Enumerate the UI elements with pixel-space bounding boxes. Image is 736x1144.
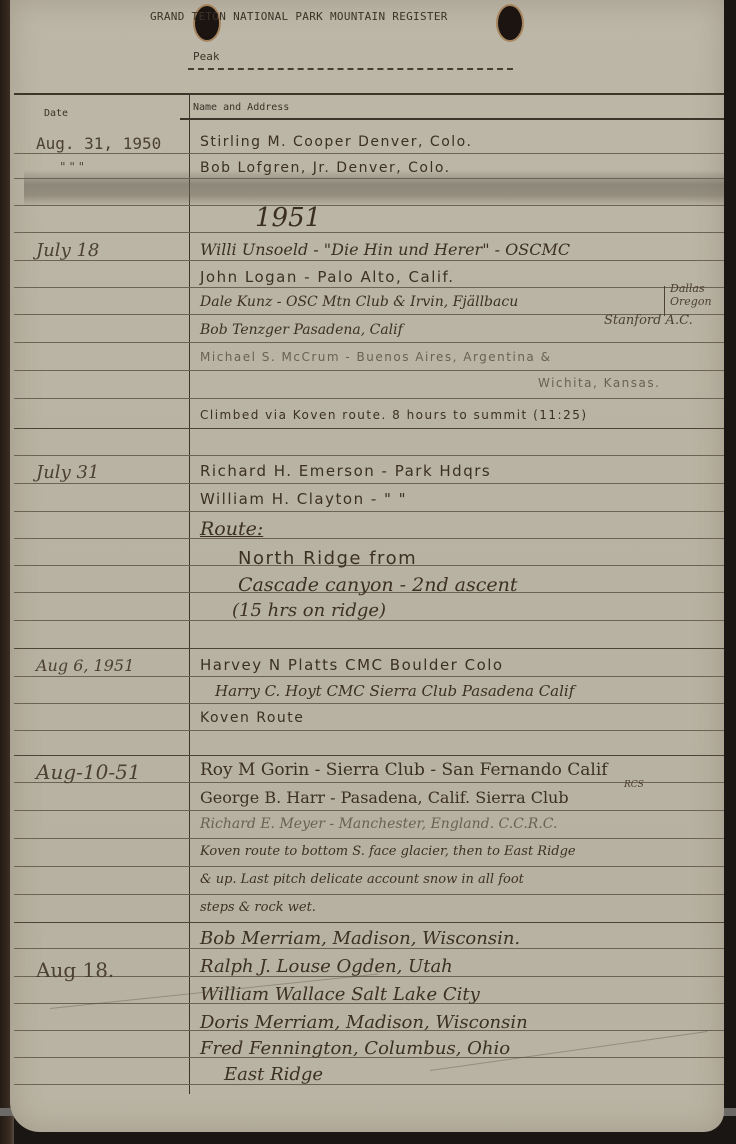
entry-line: East Ridge <box>224 1064 323 1085</box>
register-page: GRAND TETON NATIONAL PARK MOUNTAIN REGIS… <box>10 0 724 1132</box>
column-header-date: Date <box>44 108 68 119</box>
entry-line: Stirling M. Cooper Denver, Colo. <box>200 134 472 150</box>
superscript-note: RCS <box>624 779 644 791</box>
entry-line: Ralph J. Louse Ogden, Utah <box>200 956 453 977</box>
register-title: GRAND TETON NATIONAL PARK MOUNTAIN REGIS… <box>150 10 448 23</box>
ruled-line <box>14 838 724 839</box>
column-divider <box>189 94 190 1094</box>
entry-line: Fred Fennington, Columbus, Ohio <box>200 1038 510 1059</box>
table-top-rule <box>14 93 724 95</box>
entry-line: steps & rock wet. <box>200 900 316 915</box>
punch-hole-right <box>498 6 522 40</box>
ruled-line <box>14 894 724 895</box>
ruled-line <box>14 428 724 429</box>
ruled-line <box>14 730 724 731</box>
margin-bracket <box>664 286 665 316</box>
entry-date: July 31 <box>36 462 99 483</box>
entry-line: Cascade canyon - 2nd ascent <box>238 574 518 596</box>
entry-line: Richard E. Meyer - Manchester, England. … <box>200 816 557 832</box>
year-heading: 1951 <box>255 203 321 233</box>
ruled-line <box>14 703 724 704</box>
entry-line: Koven Route <box>200 710 304 726</box>
ruled-line <box>14 260 724 261</box>
entry-line: Koven route to bottom S. face glacier, t… <box>200 844 576 859</box>
ruled-line <box>14 232 724 233</box>
entry-line: Bob Tenzger Pasadena, Calif <box>200 322 403 338</box>
column-header-name: Name and Address <box>193 102 289 113</box>
ruled-line <box>14 922 724 923</box>
peak-label: Peak <box>193 50 220 63</box>
ruled-line <box>14 810 724 811</box>
entry-line: (15 hrs on ridge) <box>232 600 386 621</box>
ruled-line <box>14 511 724 512</box>
ruled-line <box>14 342 724 343</box>
ruled-line <box>14 483 724 484</box>
entry-date: Aug 18. <box>36 958 114 982</box>
entry-line: Wichita, Kansas. <box>538 376 660 390</box>
margin-note: Dallas <box>670 283 705 295</box>
entry-date: July 18 <box>36 240 99 261</box>
entry-line: Bob Merriam, Madison, Wisconsin. <box>200 928 520 949</box>
entry-line: & up. Last pitch delicate account snow i… <box>200 872 524 887</box>
entry-line: Michael S. McCrum - Buenos Aires, Argent… <box>200 350 551 364</box>
ruled-line <box>14 755 724 756</box>
entry-line: John Logan - Palo Alto, Calif. <box>200 268 454 286</box>
entry-line: Harvey N Platts CMC Boulder Colo <box>200 656 504 674</box>
entry-line: George B. Harr - Pasadena, Calif. Sierra… <box>200 788 569 807</box>
header-bottom-rule <box>180 118 724 120</box>
entry-line: Climbed via Koven route. 8 hours to summ… <box>200 408 588 422</box>
ruled-line <box>14 398 724 399</box>
ruled-line <box>14 538 724 539</box>
ruled-line <box>14 455 724 456</box>
entry-date-ditto: " " " <box>60 160 84 174</box>
entry-line: Bob Lofgren, Jr. Denver, Colo. <box>200 160 451 176</box>
ruled-line <box>14 676 724 677</box>
entry-line: William H. Clayton - " " <box>200 490 407 508</box>
margin-note: Stanford A.C. <box>604 315 693 327</box>
entry-line: Richard H. Emerson - Park Hdqrs <box>200 462 491 480</box>
ruled-line <box>14 287 724 288</box>
ruled-line <box>14 1084 724 1085</box>
entry-line: Harry C. Hoyt CMC Sierra Club Pasadena C… <box>215 682 574 700</box>
entry-line: Doris Merriam, Madison, Wisconsin <box>200 1012 528 1033</box>
entry-line: Willi Unsoeld - "Die Hin und Herer" - OS… <box>200 240 570 259</box>
entry-line: Route: <box>200 518 263 540</box>
entry-date: Aug. 31, 1950 <box>36 134 161 153</box>
ruled-line <box>14 648 724 649</box>
margin-note: Oregon <box>670 296 712 308</box>
entry-line: Roy M Gorin - Sierra Club - San Fernando… <box>200 760 608 780</box>
peak-field-line <box>188 68 513 70</box>
ruled-line <box>14 866 724 867</box>
entry-date: Aug-10-51 <box>36 760 141 784</box>
ruled-line <box>14 370 724 371</box>
ruled-line <box>14 153 724 154</box>
entry-line: North Ridge from <box>238 548 417 569</box>
entry-date: Aug 6, 1951 <box>36 656 134 675</box>
entry-line: Dale Kunz - OSC Mtn Club & Irvin, Fjällb… <box>200 294 518 310</box>
